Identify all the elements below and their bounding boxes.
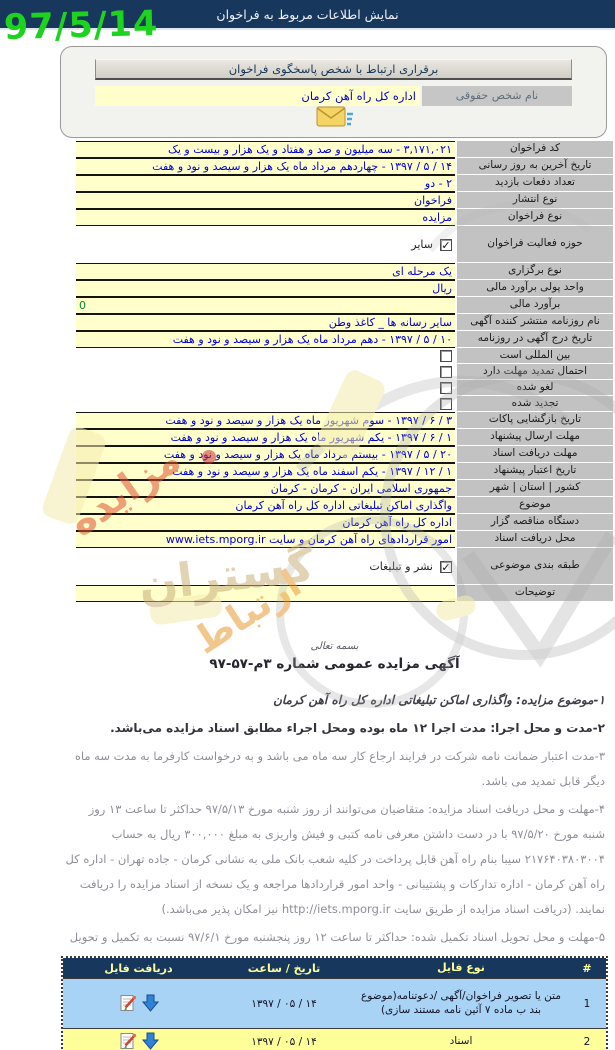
field-label: تعداد دفعات بازدید xyxy=(457,175,613,192)
field-value: جمهوری اسلامی ایران - کرمان - کرمان xyxy=(76,480,455,497)
field-value: واگذاری اماکن تبلیغاتی اداره کل راه آهن … xyxy=(76,497,455,514)
checkbox[interactable]: ✓ xyxy=(440,239,452,251)
field-value: اداره کل راه آهن کرمان xyxy=(76,514,455,531)
field-label: دستگاه مناقصه گزار xyxy=(457,514,613,531)
legal-person-label: نام شخص حقوقی xyxy=(422,86,572,106)
field-label: طبقه بندی موضوعی xyxy=(457,548,613,585)
form-row: واحد پولی برآورد مالیریال xyxy=(76,280,613,297)
field-label: تاریخ اعتبار پیشنهاد xyxy=(457,463,613,480)
field-value: ۳ / ۶ / ۱۳۹۷ - سوم شهریور ماه یک هزار و … xyxy=(76,412,455,429)
field-label: نوع انتشار xyxy=(457,192,613,209)
form-row: تاریخ بازگشایی پاکات۳ / ۶ / ۱۳۹۷ - سوم ش… xyxy=(76,412,613,429)
field-label: مهلت دریافت اسناد xyxy=(457,446,613,463)
checkbox[interactable] xyxy=(440,366,452,378)
files-table-header: # نوع فایل تاریخ / ساعت دریافت فایل xyxy=(63,958,606,978)
scanned-paragraph: ۲-مدت و محل اجرا: مدت اجرا ۱۲ ماه بوده و… xyxy=(64,716,605,741)
file-type: متن یا تصویر فراخوان/آگهی /دعوتنامه(موضو… xyxy=(354,988,568,1019)
form-row: طبقه بندی موضوعی✓نشر و تبلیغات xyxy=(76,548,613,585)
form-row: موضوعواگذاری اماکن تبلیغاتی اداره کل راه… xyxy=(76,497,613,514)
file-download-cell xyxy=(63,994,214,1013)
field-label: لغو شده xyxy=(457,380,613,396)
column-header-datetime: تاریخ / ساعت xyxy=(214,962,354,975)
form-row: توضیحات xyxy=(76,585,613,602)
field-label: مهلت ارسال پیشنهاد xyxy=(457,429,613,446)
form-row: بین المللی است xyxy=(76,348,613,364)
field-label: حوزه فعالیت فراخوان xyxy=(457,226,613,263)
form-row: نوع فراخوانمزایده xyxy=(76,209,613,226)
field-label: نام روزنامه منتشر کننده آگهی xyxy=(457,314,613,331)
field-label: برآورد مالی xyxy=(457,297,613,314)
field-label: توضیحات xyxy=(457,585,613,602)
form-row: مهلت ارسال پیشنهاد۱ / ۶ / ۱۳۹۷ - یکم شهر… xyxy=(76,429,613,446)
checkbox-label: سایر xyxy=(411,238,433,251)
checkbox[interactable] xyxy=(440,398,452,410)
download-file-icon[interactable] xyxy=(142,994,159,1013)
field-value: ۳,۱۷۱,۰۲۱ - سه میلیون و صد و هفتاد و یک … xyxy=(76,141,455,158)
column-header-number: # xyxy=(568,962,606,975)
contact-panel: برقراری ارتباط با شخص پاسخگوی فراخوان نا… xyxy=(60,46,607,138)
field-label: کد فراخوان xyxy=(457,141,613,158)
field-value: ۲۰ / ۵ / ۱۳۹۷ - بیستم مرداد ماه یک هزار … xyxy=(76,446,455,463)
field-value: ۱ / ۱۲ / ۱۳۹۷ - یکم اسفند ماه یک هزار و … xyxy=(76,463,455,480)
form-row: کد فراخوان۳,۱۷۱,۰۲۱ - سه میلیون و صد و ه… xyxy=(76,141,613,158)
field-value: ۱۰ / ۵ / ۱۳۹۷ - دهم مرداد ماه یک هزار و … xyxy=(76,331,455,348)
checkbox[interactable] xyxy=(440,350,452,362)
file-row-number: 2 xyxy=(568,1036,606,1048)
form-row: برآورد مالی0 xyxy=(76,297,613,314)
edit-file-icon[interactable] xyxy=(119,1032,137,1050)
form-row: محل دریافت اسنادامور قراردادهای راه آهن … xyxy=(76,531,613,548)
handwritten-date-annotation: 97/5/14 xyxy=(4,7,159,46)
form-row: مهلت دریافت اسناد۲۰ / ۵ / ۱۳۹۷ - بیستم م… xyxy=(76,446,613,463)
field-label: احتمال تمدید مهلت دارد xyxy=(457,364,613,380)
legal-person-value: اداره کل راه آهن کرمان xyxy=(95,86,420,106)
file-type: اسناد xyxy=(354,1033,568,1050)
field-label: تاریخ درج آگهی در روزنامه xyxy=(457,331,613,348)
field-value: ۱۴ / ۵ / ۱۳۹۷ - چهاردهم مرداد ماه یک هزا… xyxy=(76,158,455,175)
field-label: تجدید شده xyxy=(457,396,613,412)
scanned-paragraph: ۳-مدت اعتبار ضمانت نامه شرکت در فرایند ا… xyxy=(64,744,605,794)
form-row: حوزه فعالیت فراخوان✓سایر xyxy=(76,226,613,263)
checkbox-label: نشر و تبلیغات xyxy=(369,560,433,573)
field-label: بین المللی است xyxy=(457,348,613,364)
form-row: تعداد دفعات بازدید۲ - دو xyxy=(76,175,613,192)
column-header-download: دریافت فایل xyxy=(63,962,214,975)
edit-file-icon[interactable] xyxy=(119,994,137,1013)
field-label: نوع برگزاری xyxy=(457,263,613,280)
checkbox[interactable]: ✓ xyxy=(440,561,452,573)
field-value: ریال xyxy=(76,280,455,297)
field-label: تاریخ بازگشایی پاکات xyxy=(457,412,613,429)
tender-info-page: نمایش اطلاعات مربوط به فراخوان 97/5/14 ب… xyxy=(0,0,615,1050)
besmele-text: بسمه تعالی xyxy=(64,641,605,652)
file-row: 2اسناد۱۴ / ۰۵ / ۱۳۹۷ xyxy=(63,1028,606,1050)
email-envelope-icon[interactable] xyxy=(313,104,355,134)
scanned-paragraph: ۱-موضوع مزایده: واگذاری اماکن تبلیغاتی ا… xyxy=(64,688,605,713)
file-row-number: 1 xyxy=(568,998,606,1010)
file-datetime: ۱۴ / ۰۵ / ۱۳۹۷ xyxy=(214,998,354,1010)
form-row: نام روزنامه منتشر کننده آگهیسایر رسانه ه… xyxy=(76,314,613,331)
form-row: کشور | استان | شهرجمهوری اسلامی ایران - … xyxy=(76,480,613,497)
form-row: لغو شده xyxy=(76,380,613,396)
window-title: نمایش اطلاعات مربوط به فراخوان xyxy=(216,7,398,22)
files-table: # نوع فایل تاریخ / ساعت دریافت فایل 1متن… xyxy=(61,956,608,1050)
field-label: کشور | استان | شهر xyxy=(457,480,613,497)
field-value: ۱ / ۶ / ۱۳۹۷ - یکم شهریور ماه یک هزار و … xyxy=(76,429,455,446)
form-row: نوع برگزارییک مرحله ای xyxy=(76,263,613,280)
field-value xyxy=(76,585,455,602)
checkbox[interactable] xyxy=(440,382,452,394)
form-row: تاریخ اعتبار پیشنهاد۱ / ۱۲ / ۱۳۹۷ - یکم … xyxy=(76,463,613,480)
download-file-icon[interactable] xyxy=(142,1032,159,1050)
column-header-file-type: نوع فایل xyxy=(354,959,568,977)
field-value: مزایده xyxy=(76,209,455,226)
scanned-document: بسمه تعالی آگهی مزایده عمومی شماره ۳م-۵۷… xyxy=(64,641,605,1006)
tender-form: کد فراخوان۳,۱۷۱,۰۲۱ - سه میلیون و صد و ه… xyxy=(76,141,613,602)
field-label: واحد پولی برآورد مالی xyxy=(457,280,613,297)
scanned-paragraph: ۴-مهلت و محل دریافت اسناد مزایده: متقاضی… xyxy=(64,797,605,922)
file-datetime: ۱۴ / ۰۵ / ۱۳۹۷ xyxy=(214,1036,354,1048)
field-value: سایر رسانه ها _ کاغذ وطن xyxy=(76,314,455,331)
form-row: دستگاه مناقصه گزاراداره کل راه آهن کرمان xyxy=(76,514,613,531)
legal-person-row: نام شخص حقوقی اداره کل راه آهن کرمان xyxy=(95,86,572,106)
field-value: یک مرحله ای xyxy=(76,263,455,280)
form-row: نوع انتشارفراخوان xyxy=(76,192,613,209)
field-label: نوع فراخوان xyxy=(457,209,613,226)
form-row: تاریخ آخرین به روز رسانی۱۴ / ۵ / ۱۳۹۷ - … xyxy=(76,158,613,175)
field-value: فراخوان xyxy=(76,192,455,209)
field-value: 0 xyxy=(76,297,455,314)
field-label: محل دریافت اسناد xyxy=(457,531,613,548)
file-download-cell xyxy=(63,1032,214,1050)
field-label: تاریخ آخرین به روز رسانی xyxy=(457,158,613,175)
field-value: ۲ - دو xyxy=(76,175,455,192)
contact-respondent-button[interactable]: برقراری ارتباط با شخص پاسخگوی فراخوان xyxy=(95,59,572,80)
form-row: احتمال تمدید مهلت دارد xyxy=(76,364,613,380)
file-row: 1متن یا تصویر فراخوان/آگهی /دعوتنامه(موض… xyxy=(63,978,606,1028)
field-value: امور قراردادهای راه آهن کرمان و سایت www… xyxy=(76,531,455,548)
field-label: موضوع xyxy=(457,497,613,514)
form-row: تاریخ درج آگهی در روزنامه۱۰ / ۵ / ۱۳۹۷ -… xyxy=(76,331,613,348)
form-row: تجدید شده xyxy=(76,396,613,412)
scanned-document-title: آگهی مزایده عمومی شماره ۳م-۵۷-۹۷ xyxy=(64,656,605,672)
